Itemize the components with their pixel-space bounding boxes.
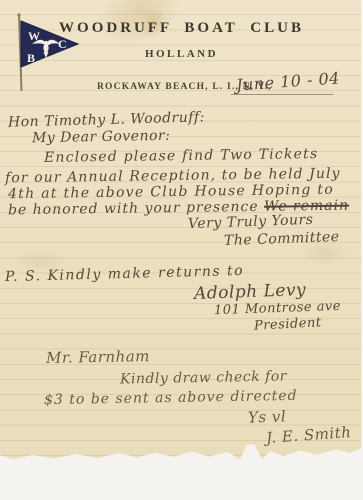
date-rule-line xyxy=(231,94,333,95)
salutation-line: My Dear Govenor: xyxy=(32,128,171,146)
memo-line-1: Kindly draw check for xyxy=(120,369,287,388)
letter-paper: WOODRUFF BOAT CLUB HOLLAND ROCKAWAY BEAC… xyxy=(0,0,361,500)
memo-signature: J. E. Smith xyxy=(265,423,351,447)
memo-closing: Ys vl xyxy=(248,407,287,426)
flag-letter-c: C xyxy=(58,37,67,51)
club-pennant-flag-icon: W C B xyxy=(8,12,86,94)
body-line-1: Enclosed please find Two Tickets xyxy=(44,146,318,166)
memo-recipient: Mr. Farnham xyxy=(46,347,150,367)
postscript-street: 101 Montrose ave xyxy=(214,299,341,318)
scanned-letter: WOODRUFF BOAT CLUB HOLLAND ROCKAWAY BEAC… xyxy=(0,0,363,500)
flag-letter-b: B xyxy=(27,51,35,65)
closing-line: Very Truly Yours xyxy=(188,212,314,232)
recipient-line: Hon Timothy L. Woodruff: xyxy=(8,109,205,130)
memo-line-2: $3 to be sent as above directed xyxy=(44,388,298,408)
committee-signature: The Committee xyxy=(224,229,340,249)
postscript-title: President xyxy=(254,315,322,334)
handwritten-date: June 10 - 04 xyxy=(235,68,340,94)
postscript-line: P. S. Kindly make returns to xyxy=(5,263,244,285)
